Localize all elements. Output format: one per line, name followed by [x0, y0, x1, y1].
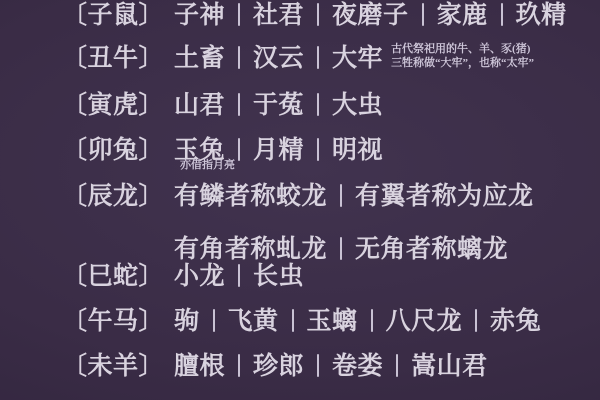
separator-bar [238, 354, 240, 377]
separator-bar [238, 93, 240, 116]
zodiac-row: 〔子鼠〕子神社君夜磨子家鹿玖精 [62, 0, 567, 31]
separator-bar [396, 354, 398, 377]
annotation-line: 古代祭祀用的牛、羊、豕(猪) [391, 42, 534, 56]
alias-name: 大虫 [332, 85, 383, 121]
separator-bar [292, 309, 294, 332]
alias-name: 卷娄 [332, 346, 383, 382]
alias-name: 驹 [174, 301, 200, 337]
zodiac-row: 〔卯兔〕玉兔月精明视亦借指月亮 [62, 130, 383, 166]
separator-bar [317, 138, 319, 161]
alias-name: 膻根 [174, 346, 225, 382]
separator-bar [475, 309, 477, 332]
separator-bar [422, 3, 424, 26]
separator-bar [238, 46, 240, 69]
alias-name: 子神 [174, 0, 225, 31]
zodiac-row: 〔午马〕驹飞黄玉螭八尺龙赤兔 [62, 301, 541, 337]
alias-name: 汉云 [253, 38, 304, 74]
alias-name: 八尺龙 [386, 301, 463, 337]
separator-bar [317, 354, 319, 377]
alias-line: 有鳞者称蛟龙有翼者称为应龙 [174, 176, 534, 212]
zodiac-label: 〔丑牛〕 [62, 38, 164, 74]
alias-name: 无角者称螭龙 [355, 229, 508, 265]
separator-bar [371, 309, 373, 332]
zodiac-label: 〔辰龙〕 [62, 176, 164, 212]
separator-bar [238, 138, 240, 161]
zodiac-label: 〔寅虎〕 [62, 85, 164, 121]
alias-name: 月精 [253, 130, 304, 166]
zodiac-label: 〔卯兔〕 [62, 130, 164, 166]
separator-bar [317, 93, 319, 116]
alias-name: 有翼者称为应龙 [355, 176, 534, 212]
alias-name: 明视 [332, 130, 383, 166]
alias-name: 大牢 [332, 38, 383, 74]
separator-bar [340, 184, 342, 207]
separator-bar [340, 237, 342, 260]
alias-name: 山君 [174, 85, 225, 121]
annotation-note: 古代祭祀用的牛、羊、豕(猪)三牲称做“大牢”，也称“太牢” [391, 42, 534, 70]
annotation-line: 亦借指月亮 [180, 158, 235, 172]
alias-name: 嵩山君 [411, 346, 488, 382]
alias-name: 珍郎 [253, 346, 304, 382]
alias-name: 土畜 [174, 38, 225, 74]
alias-name: 夜磨子 [332, 0, 409, 31]
zodiac-aliases-page: 〔子鼠〕子神社君夜磨子家鹿玖精〔丑牛〕土畜汉云大牢古代祭祀用的牛、羊、豕(猪)三… [0, 0, 600, 400]
separator-bar [501, 3, 503, 26]
zodiac-row: 〔寅虎〕山君于菟大虫 [62, 85, 383, 121]
alias-lines: 有鳞者称蛟龙有翼者称为应龙有角者称虬龙无角者称螭龙 [174, 176, 534, 265]
alias-name: 于菟 [253, 85, 304, 121]
annotation-line: 三牲称做“大牢”，也称“太牢” [391, 56, 534, 70]
zodiac-label: 〔巳蛇〕 [62, 256, 164, 292]
separator-bar [317, 3, 319, 26]
alias-name: 赤兔 [490, 301, 541, 337]
separator-bar [317, 46, 319, 69]
zodiac-label: 〔未羊〕 [62, 346, 164, 382]
alias-name: 小龙 [174, 256, 225, 292]
alias-name: 家鹿 [437, 0, 488, 31]
zodiac-row: 〔未羊〕膻根珍郎卷娄嵩山君 [62, 346, 488, 382]
alias-name: 玉螭 [307, 301, 358, 337]
alias-name: 玖精 [516, 0, 567, 31]
alias-name: 社君 [253, 0, 304, 31]
alias-name: 有鳞者称蛟龙 [174, 176, 327, 212]
zodiac-row: 〔丑牛〕土畜汉云大牢古代祭祀用的牛、羊、豕(猪)三牲称做“大牢”，也称“太牢” [62, 38, 534, 74]
separator-bar [238, 3, 240, 26]
separator-bar [238, 264, 240, 287]
annotation-note: 亦借指月亮 [180, 158, 235, 172]
alias-name: 长虫 [253, 256, 304, 292]
zodiac-label: 〔午马〕 [62, 301, 164, 337]
zodiac-label: 〔子鼠〕 [62, 0, 164, 31]
zodiac-row: 〔巳蛇〕小龙长虫 [62, 256, 304, 292]
zodiac-row: 〔辰龙〕有鳞者称蛟龙有翼者称为应龙有角者称虬龙无角者称螭龙 [62, 176, 534, 265]
separator-bar [213, 309, 215, 332]
alias-name: 飞黄 [228, 301, 279, 337]
